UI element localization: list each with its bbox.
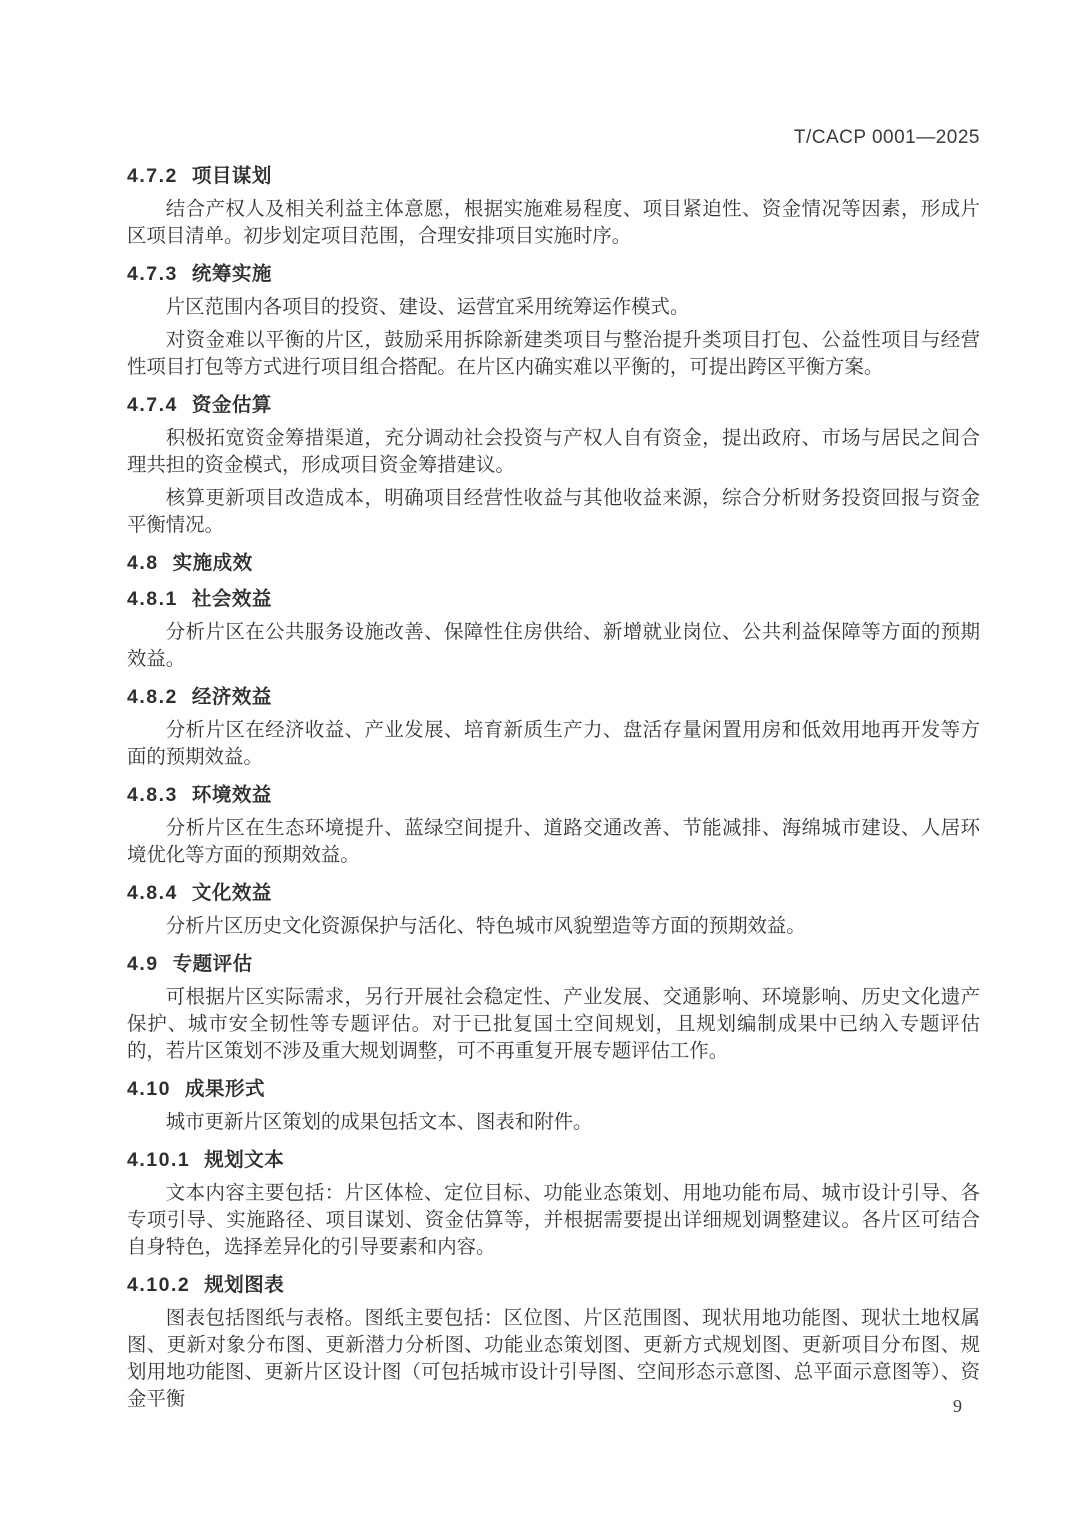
section-heading-4-9: 4.9专题评估: [127, 952, 980, 976]
section-number: 4.8.4: [127, 881, 178, 905]
section-title: 项目谋划: [192, 165, 272, 187]
section-number: 4.8.2: [127, 685, 178, 709]
paragraph: 城市更新片区策划的成果包括文本、图表和附件。: [127, 1109, 980, 1136]
section-number: 4.8.3: [127, 783, 178, 807]
section-title: 专题评估: [173, 953, 253, 975]
section-heading-4-7-3: 4.7.3统筹实施: [127, 262, 980, 286]
section-heading-4-10-1: 4.10.1规划文本: [127, 1148, 980, 1172]
paragraph: 核算更新项目改造成本，明确项目经营性收益与其他收益来源，综合分析财务投资回报与资…: [127, 485, 980, 539]
document-header-code: T/CACP 0001—2025: [127, 128, 980, 148]
section-title: 统筹实施: [192, 263, 272, 285]
paragraph: 分析片区在经济收益、产业发展、培育新质生产力、盘活存量闲置用房和低效用地再开发等…: [127, 717, 980, 771]
section-title: 规划文本: [204, 1149, 284, 1171]
paragraph: 分析片区历史文化资源保护与活化、特色城市风貌塑造等方面的预期效益。: [127, 913, 980, 940]
section-heading-4-7-2: 4.7.2项目谋划: [127, 164, 980, 188]
section-heading-4-8-4: 4.8.4文化效益: [127, 881, 980, 905]
paragraph: 结合产权人及相关利益主体意愿，根据实施难易程度、项目紧迫性、资金情况等因素，形成…: [127, 196, 980, 250]
section-number: 4.7.2: [127, 164, 178, 188]
section-heading-4-7-4: 4.7.4资金估算: [127, 393, 980, 417]
section-title: 文化效益: [192, 882, 272, 904]
section-title: 实施成效: [173, 552, 253, 574]
section-title: 环境效益: [192, 784, 272, 806]
section-heading-4-8-1: 4.8.1社会效益: [127, 587, 980, 611]
paragraph: 可根据片区实际需求，另行开展社会稳定性、产业发展、交通影响、环境影响、历史文化遗…: [127, 984, 980, 1065]
document-page: T/CACP 0001—2025 4.7.2项目谋划结合产权人及相关利益主体意愿…: [0, 0, 1080, 1527]
section-heading-4-8-3: 4.8.3环境效益: [127, 783, 980, 807]
section-number: 4.8: [127, 551, 159, 575]
section-title: 规划图表: [204, 1274, 284, 1296]
section-title: 资金估算: [192, 394, 272, 416]
section-title: 经济效益: [192, 686, 272, 708]
section-number: 4.10.2: [127, 1273, 190, 1297]
section-title: 社会效益: [192, 588, 272, 610]
paragraph: 文本内容主要包括：片区体检、定位目标、功能业态策划、用地功能布局、城市设计引导、…: [127, 1180, 980, 1261]
paragraph: 分析片区在公共服务设施改善、保障性住房供给、新增就业岗位、公共利益保障等方面的预…: [127, 619, 980, 673]
section-number: 4.7.3: [127, 262, 178, 286]
section-title: 成果形式: [185, 1078, 265, 1100]
section-heading-4-8-2: 4.8.2经济效益: [127, 685, 980, 709]
paragraph: 分析片区在生态环境提升、蓝绿空间提升、道路交通改善、节能减排、海绵城市建设、人居…: [127, 815, 980, 869]
section-number: 4.7.4: [127, 393, 178, 417]
section-number: 4.8.1: [127, 587, 178, 611]
paragraph: 对资金难以平衡的片区，鼓励采用拆除新建类项目与整治提升类项目打包、公益性项目与经…: [127, 327, 980, 381]
section-heading-4-8: 4.8实施成效: [127, 551, 980, 575]
page-number: 9: [953, 1396, 962, 1417]
section-heading-4-10-2: 4.10.2规划图表: [127, 1273, 980, 1297]
section-number: 4.10: [127, 1077, 171, 1101]
document-body: 4.7.2项目谋划结合产权人及相关利益主体意愿，根据实施难易程度、项目紧迫性、资…: [127, 164, 980, 1413]
paragraph: 积极拓宽资金筹措渠道，充分调动社会投资与产权人自有资金，提出政府、市场与居民之间…: [127, 425, 980, 479]
section-number: 4.9: [127, 952, 159, 976]
section-heading-4-10: 4.10成果形式: [127, 1077, 980, 1101]
section-number: 4.10.1: [127, 1148, 190, 1172]
paragraph: 片区范围内各项目的投资、建设、运营宜采用统筹运作模式。: [127, 294, 980, 321]
paragraph: 图表包括图纸与表格。图纸主要包括：区位图、片区范围图、现状用地功能图、现状土地权…: [127, 1305, 980, 1413]
